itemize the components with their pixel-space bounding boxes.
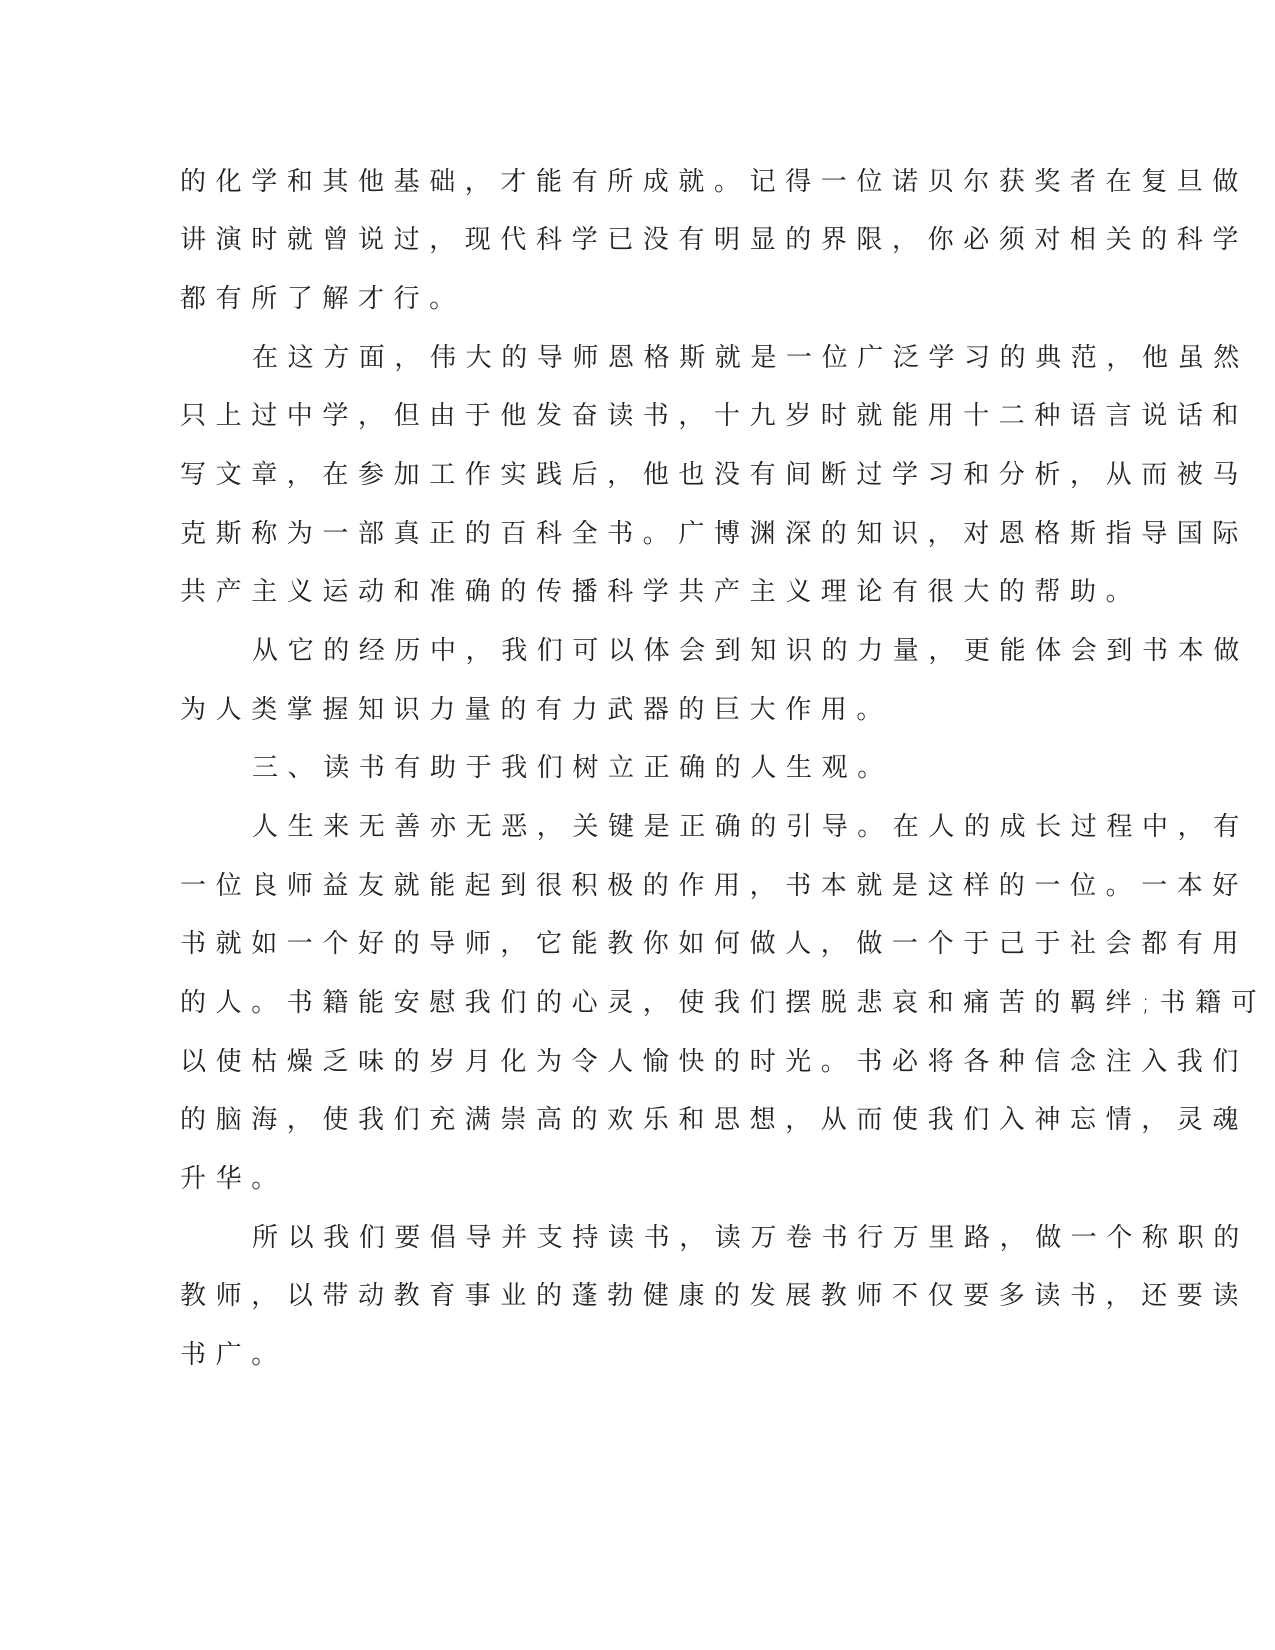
text-line: 克斯称为一部真正的百科全书。广博渊深的知识，对恩格斯指导国际: [180, 514, 1248, 554]
text-line: 写文章，在参加工作实践后，他也没有间断过学习和分析，从而被马: [180, 455, 1248, 495]
text-line: 书广。: [180, 1335, 287, 1375]
document-page: 的化学和其他基础，才能有所成就。记得一位诺贝尔获奖者在复旦做 讲演时就曾说过，现…: [0, 0, 1275, 1650]
text-line: 为人类掌握知识力量的有力武器的巨大作用。: [180, 690, 892, 730]
text-line: 只上过中学，但由于他发奋读书，十九岁时就能用十二种语言说话和: [180, 396, 1248, 436]
text-line: 以使枯燥乏味的岁月化为令人愉快的时光。书必将各种信念注入我们: [180, 1042, 1248, 1082]
section-heading: 三、读书有助于我们树立正确的人生观。: [252, 748, 893, 788]
text-line: 书就如一个好的导师，它能教你如何做人，做一个于己于社会都有用: [180, 924, 1248, 964]
text-line: 讲演时就曾说过，现代科学已没有明显的界限，你必须对相关的科学: [180, 220, 1248, 260]
text-line: 升华。: [180, 1159, 287, 1199]
paragraph-first-line: 从它的经历中，我们可以体会到知识的力量，更能体会到书本做: [252, 631, 1249, 671]
paragraph-first-line: 在这方面，伟大的导师恩格斯就是一位广泛学习的典范，他虽然: [252, 338, 1249, 378]
text-line: 一位良师益友就能起到很积极的作用，书本就是这样的一位。一本好: [180, 866, 1248, 906]
text-line: 的脑海，使我们充满崇高的欢乐和思想，从而使我们入神忘情，灵魂: [180, 1100, 1248, 1140]
text-line: 都有所了解才行。: [180, 279, 465, 319]
paragraph-first-line: 人生来无善亦无恶，关键是正确的引导。在人的成长过程中，有: [252, 807, 1249, 847]
paragraph-first-line: 所以我们要倡导并支持读书，读万卷书行万里路，做一个称职的: [252, 1218, 1249, 1258]
text-line: 共产主义运动和准确的传播科学共产主义理论有很大的帮助。: [180, 572, 1141, 612]
text-line: 教师，以带动教育事业的蓬勃健康的发展教师不仅要多读书，还要读: [180, 1276, 1248, 1316]
text-line: 的人。书籍能安慰我们的心灵，使我们摆脱悲哀和痛苦的羁绊;书籍可: [180, 983, 1266, 1023]
text-line: 的化学和其他基础，才能有所成就。记得一位诺贝尔获奖者在复旦做: [180, 162, 1248, 202]
